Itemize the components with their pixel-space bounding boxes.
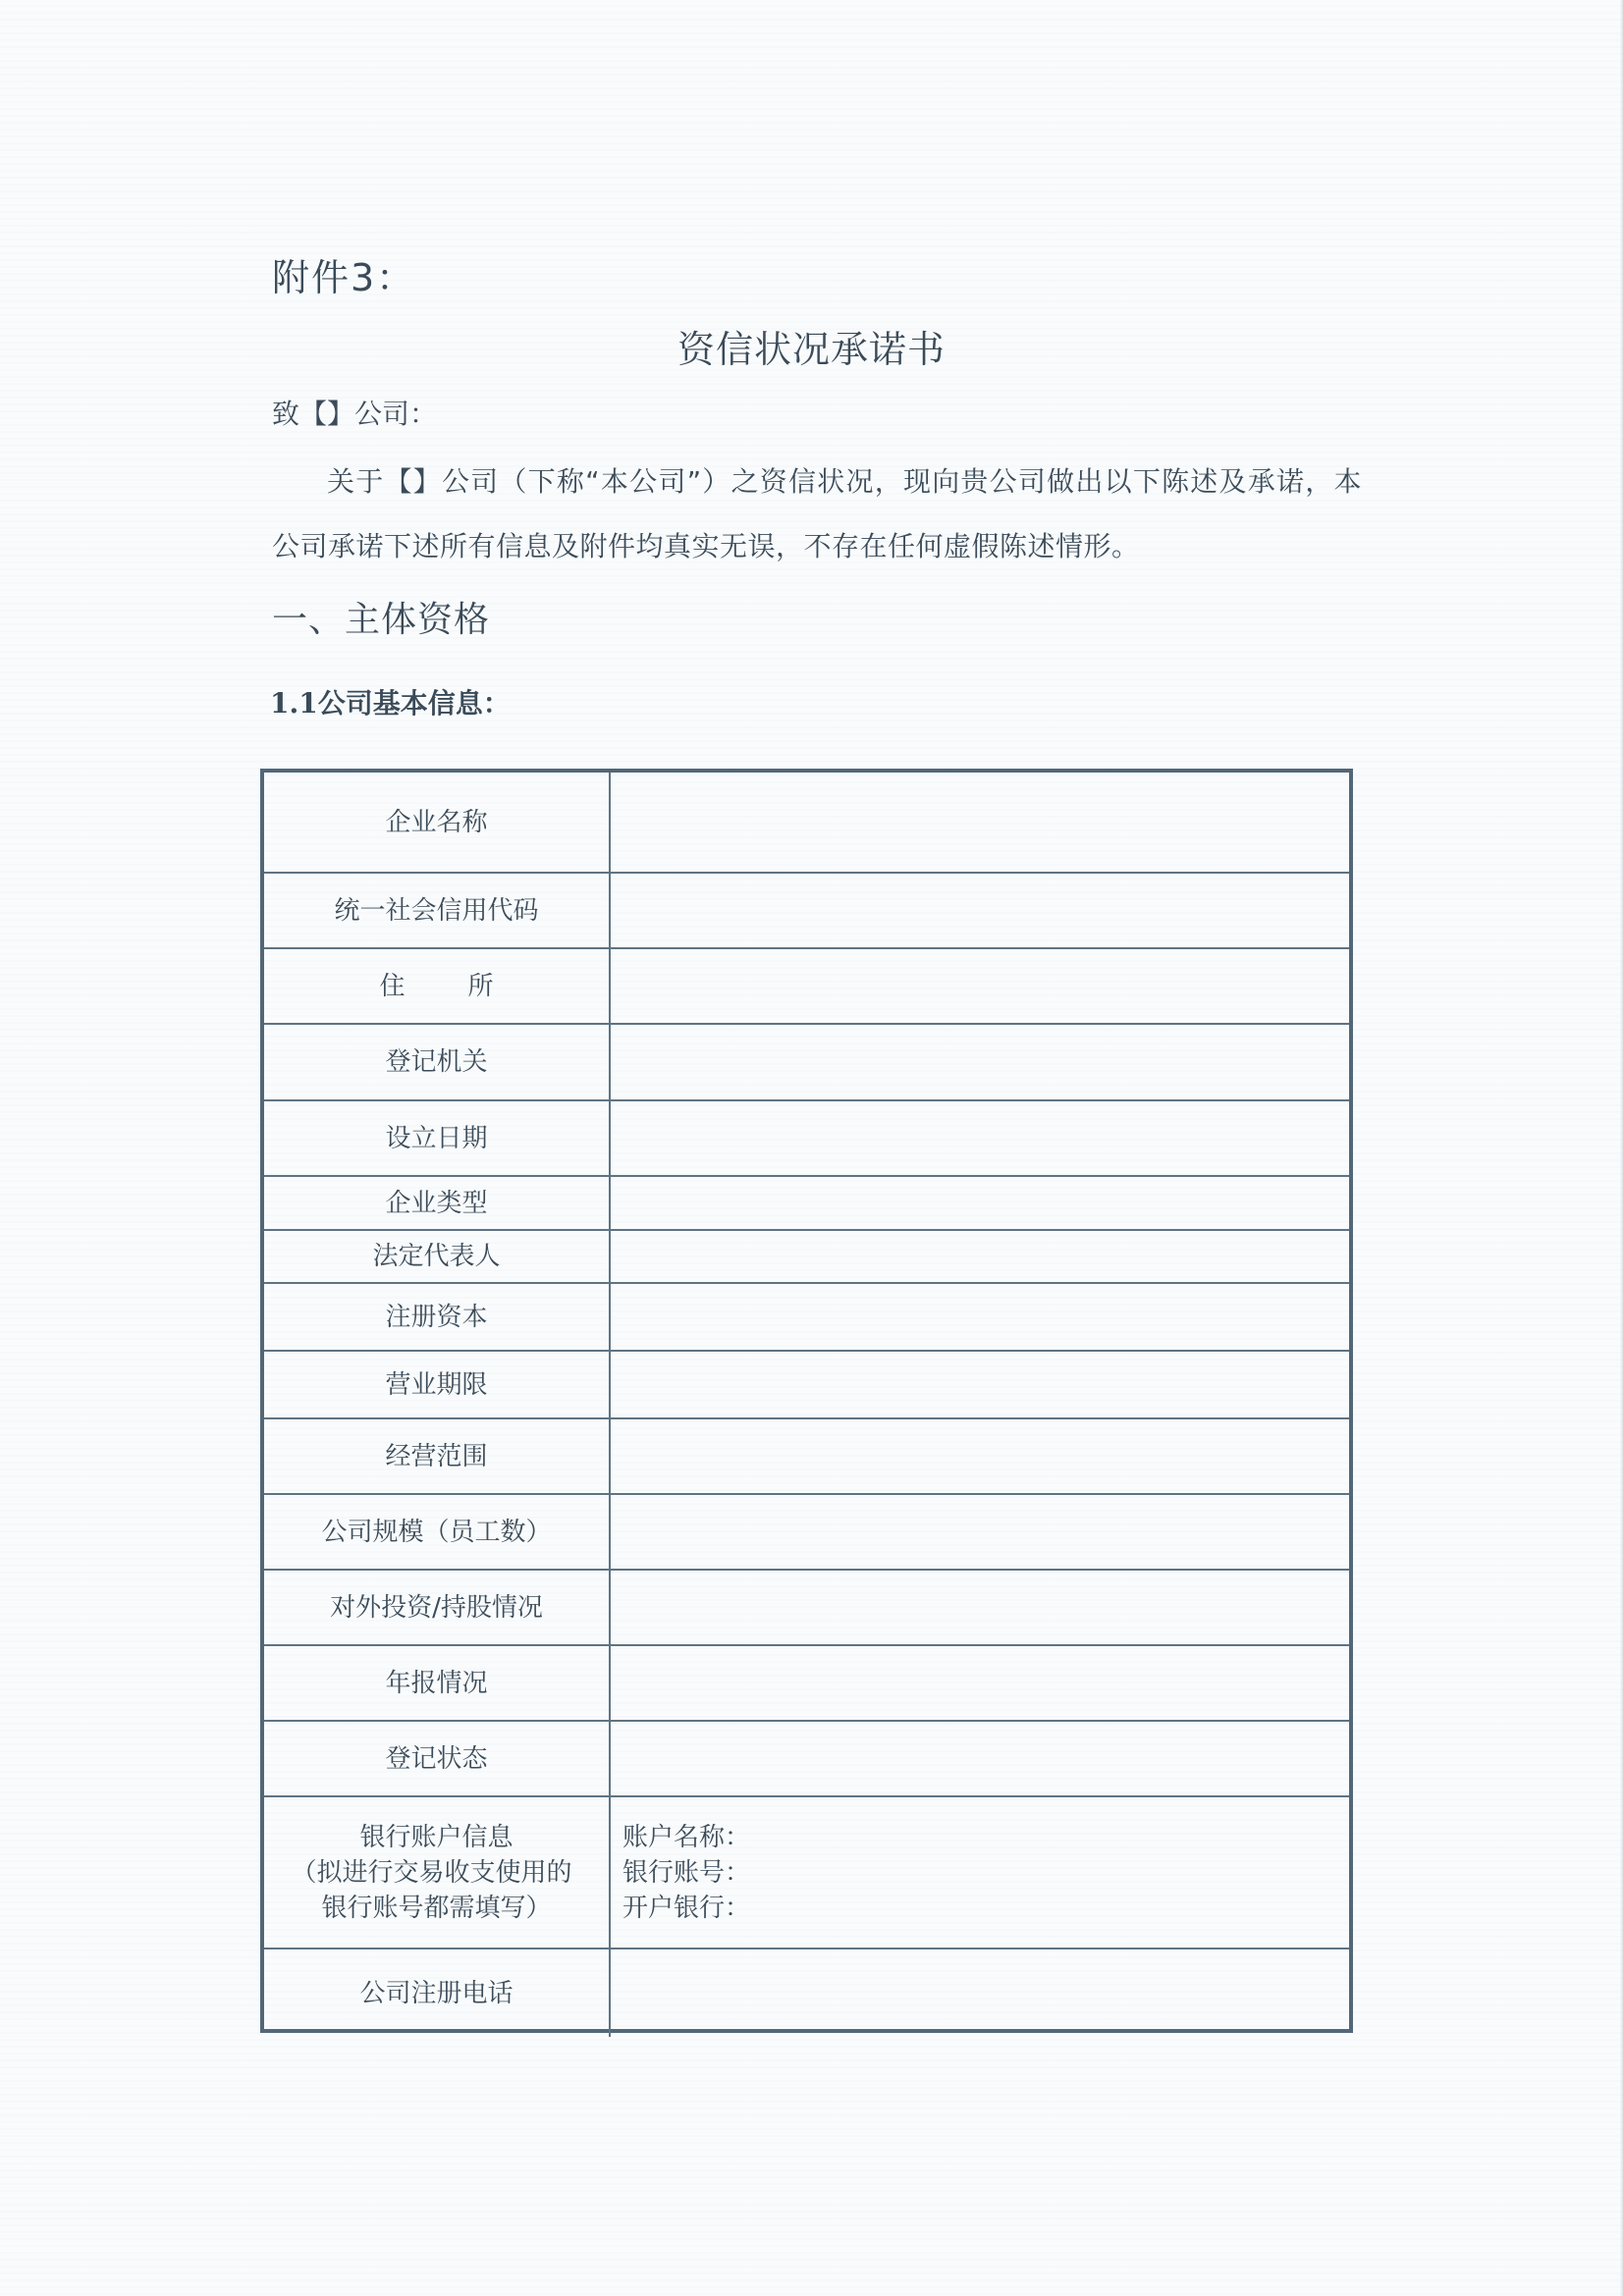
table-row: 法定代表人 bbox=[264, 1230, 1349, 1283]
row-label-external-investment: 对外投资/持股情况 bbox=[264, 1570, 610, 1645]
legal-representative-field[interactable] bbox=[610, 1230, 1349, 1283]
registration-authority-field[interactable] bbox=[610, 1024, 1349, 1100]
company-info-table: 企业名称 统一社会信用代码 住所 登记机关 设立日期 bbox=[260, 769, 1353, 2033]
table-row: 营业期限 bbox=[264, 1351, 1349, 1418]
addressee-line: 致【】公司： bbox=[272, 393, 437, 432]
row-label-bank-account: 银行账户信息 （拟进行交易收支使用的 银行账号都需填写） bbox=[264, 1796, 610, 1949]
document-page: 附件3： 资信状况承诺书 致【】公司： 关于【】公司（下称“本公司”）之资信状况… bbox=[0, 0, 1623, 2296]
bank-account-fields: 账户名称： 银行账号： 开户银行： bbox=[610, 1796, 1349, 1949]
table-row: 公司规模（员工数） bbox=[264, 1494, 1349, 1570]
annual-report-field[interactable] bbox=[610, 1645, 1349, 1721]
table-row: 银行账户信息 （拟进行交易收支使用的 银行账号都需填写） 账户名称： 银行账号：… bbox=[264, 1796, 1349, 1949]
business-term-field[interactable] bbox=[610, 1351, 1349, 1418]
intro-paragraph: 关于【】公司（下称“本公司”）之资信状况，现向贵公司做出以下陈述及承诺，本公司承… bbox=[272, 450, 1362, 579]
account-name-field[interactable]: 账户名称： bbox=[622, 1820, 1349, 1855]
company-size-field[interactable] bbox=[610, 1494, 1349, 1570]
table-row: 登记机关 bbox=[264, 1024, 1349, 1100]
section-heading: 一、主体资格 bbox=[272, 592, 490, 642]
address-label-char-1: 住 bbox=[379, 972, 405, 1001]
row-label-company-name: 企业名称 bbox=[264, 773, 610, 873]
opening-bank-field[interactable]: 开户银行： bbox=[622, 1891, 1349, 1926]
row-label-legal-representative: 法定代表人 bbox=[264, 1230, 610, 1283]
bank-label-line-1: 银行账户信息 bbox=[264, 1820, 609, 1855]
registered-capital-field[interactable] bbox=[610, 1283, 1349, 1351]
row-label-address: 住所 bbox=[264, 948, 610, 1024]
registration-status-field[interactable] bbox=[610, 1721, 1349, 1796]
bank-label-line-3: 银行账号都需填写） bbox=[264, 1891, 609, 1926]
row-label-annual-report: 年报情况 bbox=[264, 1645, 610, 1721]
registered-phone-field[interactable] bbox=[610, 1949, 1349, 2037]
row-label-registration-status: 登记状态 bbox=[264, 1721, 610, 1796]
table-row: 企业名称 bbox=[264, 773, 1349, 873]
establishment-date-field[interactable] bbox=[610, 1100, 1349, 1176]
table-row: 公司注册电话 bbox=[264, 1949, 1349, 2037]
table-row: 年报情况 bbox=[264, 1645, 1349, 1721]
bank-account-number-field[interactable]: 银行账号： bbox=[622, 1855, 1349, 1891]
table-row: 企业类型 bbox=[264, 1176, 1349, 1230]
external-investment-field[interactable] bbox=[610, 1570, 1349, 1645]
table-row: 注册资本 bbox=[264, 1283, 1349, 1351]
row-label-business-scope: 经营范围 bbox=[264, 1418, 610, 1494]
enterprise-type-field[interactable] bbox=[610, 1176, 1349, 1230]
row-label-registration-authority: 登记机关 bbox=[264, 1024, 610, 1100]
table-row: 对外投资/持股情况 bbox=[264, 1570, 1349, 1645]
row-label-registered-capital: 注册资本 bbox=[264, 1283, 610, 1351]
row-label-registered-phone: 公司注册电话 bbox=[264, 1949, 610, 2037]
table-row: 统一社会信用代码 bbox=[264, 873, 1349, 948]
bank-label-line-2: （拟进行交易收支使用的 bbox=[254, 1855, 609, 1891]
table-row: 住所 bbox=[264, 948, 1349, 1024]
attachment-label: 附件3： bbox=[272, 247, 415, 301]
document-title: 资信状况承诺书 bbox=[0, 319, 1623, 373]
table-row: 登记状态 bbox=[264, 1721, 1349, 1796]
row-label-enterprise-type: 企业类型 bbox=[264, 1176, 610, 1230]
company-name-field[interactable] bbox=[610, 773, 1349, 873]
subsection-heading: 1.1公司基本信息： bbox=[270, 682, 511, 721]
address-label-char-2: 所 bbox=[468, 972, 494, 1001]
business-scope-field[interactable] bbox=[610, 1418, 1349, 1494]
row-label-company-size: 公司规模（员工数） bbox=[264, 1494, 610, 1570]
row-label-credit-code: 统一社会信用代码 bbox=[264, 873, 610, 948]
row-label-establishment-date: 设立日期 bbox=[264, 1100, 610, 1176]
table-row: 经营范围 bbox=[264, 1418, 1349, 1494]
row-label-business-term: 营业期限 bbox=[264, 1351, 610, 1418]
credit-code-field[interactable] bbox=[610, 873, 1349, 948]
address-field[interactable] bbox=[610, 948, 1349, 1024]
table-row: 设立日期 bbox=[264, 1100, 1349, 1176]
